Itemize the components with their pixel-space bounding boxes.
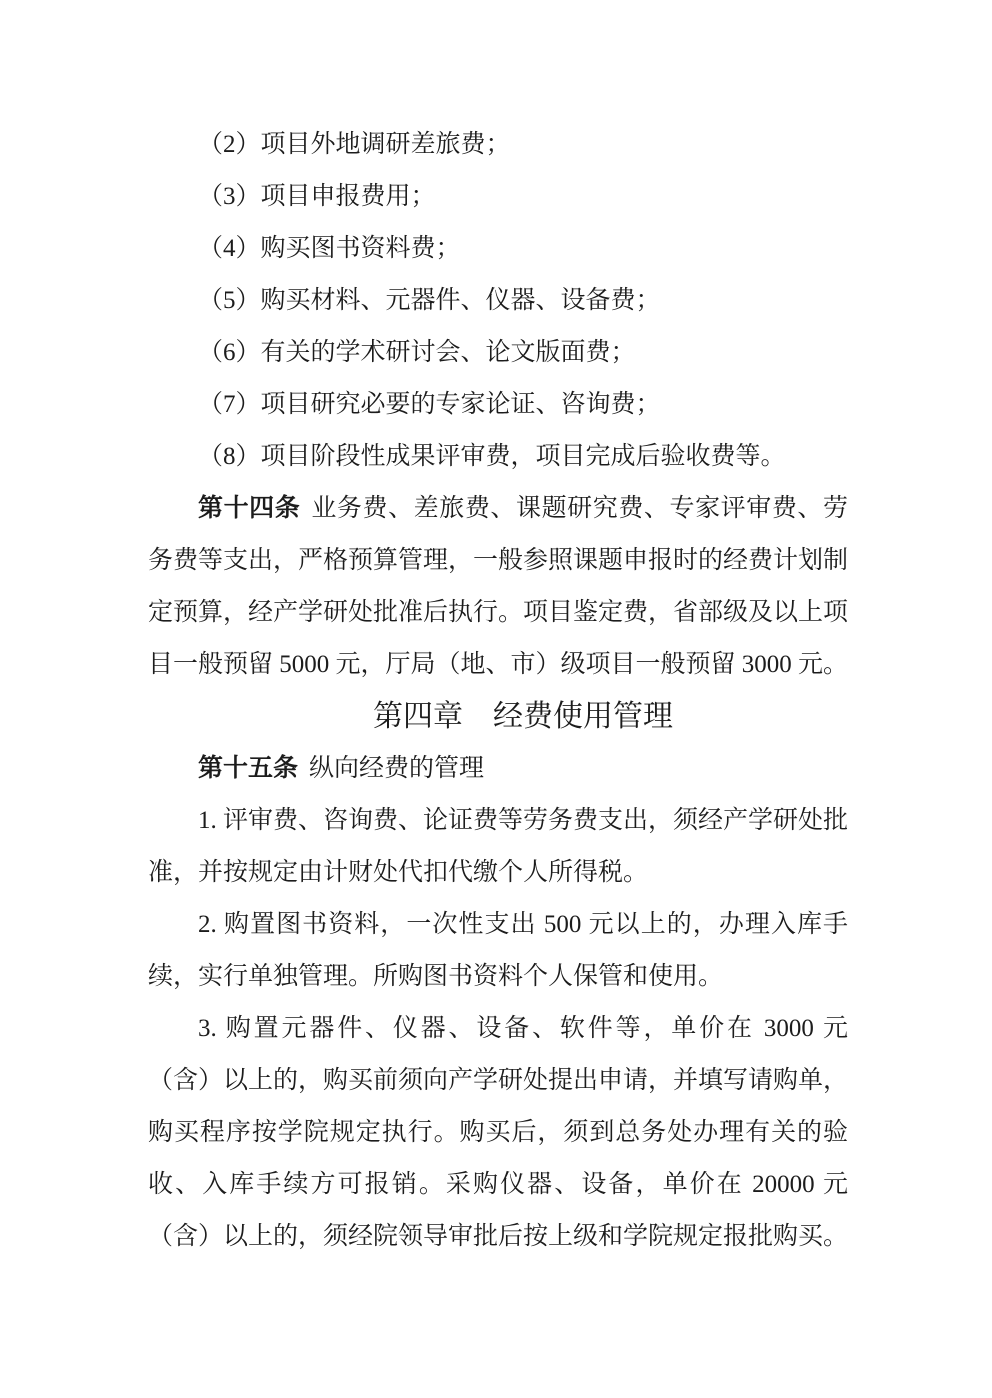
list-item-6: （6）有关的学术研讨会、论文版面费； xyxy=(148,327,848,379)
article-15-paragraph: 第十五条纵向经费的管理 xyxy=(148,743,848,795)
document-page: （2）项目外地调研差旅费； （3）项目申报费用； （4）购买图书资料费； （5）… xyxy=(0,0,992,1398)
numbered-paragraph-1: 1. 评审费、咨询费、论证费等劳务费支出，须经产学研处批准，并按规定由计财处代扣… xyxy=(148,795,848,899)
list-item-3: （3）项目申报费用； xyxy=(148,171,848,223)
numbered-paragraph-2: 2. 购置图书资料，一次性支出 500 元以上的，办理入库手续，实行单独管理。所… xyxy=(148,899,848,1003)
list-item-4: （4）购买图书资料费； xyxy=(148,223,848,275)
document-content: （2）项目外地调研差旅费； （3）项目申报费用； （4）购买图书资料费； （5）… xyxy=(148,119,848,1263)
article-14-text: 业务费、差旅费、课题研究费、专家评审费、劳务费等支出，严格预算管理，一般参照课题… xyxy=(148,495,848,678)
list-item-7: （7）项目研究必要的专家论证、咨询费； xyxy=(148,379,848,431)
article-14-paragraph: 第十四条业务费、差旅费、课题研究费、专家评审费、劳务费等支出，严格预算管理，一般… xyxy=(148,483,848,691)
chapter-4-heading: 第四章 经费使用管理 xyxy=(148,691,848,743)
list-item-5: （5）购买材料、元器件、仪器、设备费； xyxy=(148,275,848,327)
numbered-paragraph-3: 3. 购置元器件、仪器、设备、软件等，单价在 3000 元（含）以上的，购买前须… xyxy=(148,1003,848,1263)
article-15-label: 第十五条 xyxy=(198,755,298,782)
list-item-2: （2）项目外地调研差旅费； xyxy=(148,119,848,171)
article-15-text: 纵向经费的管理 xyxy=(309,755,484,782)
article-14-label: 第十四条 xyxy=(198,495,300,522)
list-item-8: （8）项目阶段性成果评审费，项目完成后验收费等。 xyxy=(148,431,848,483)
